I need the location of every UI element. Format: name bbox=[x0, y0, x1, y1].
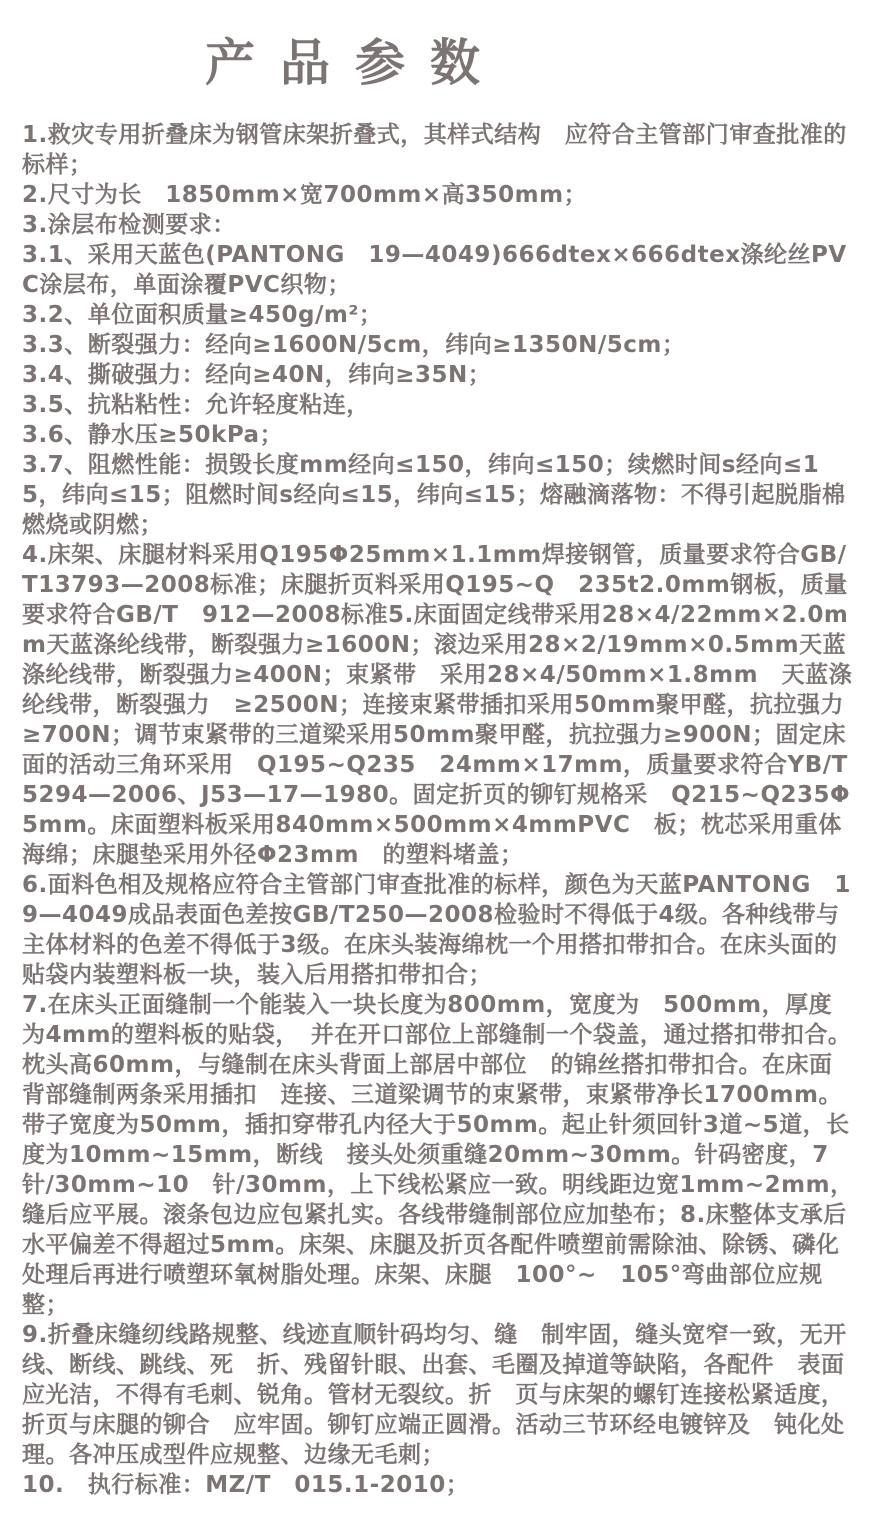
product-parameters-document: 产品参数 1.救灾专用折叠床为钢管床架折叠式，其样式结构 应符合主管部门审查批准… bbox=[0, 0, 876, 1530]
spec-list: 1.救灾专用折叠床为钢管床架折叠式，其样式结构 应符合主管部门审查批准的标样； … bbox=[22, 120, 854, 1500]
spec-item-3-2: 3.2、单位面积质量≥450g/m²； bbox=[22, 300, 854, 330]
spec-item-4-5: 4.床架、床腿材料采用Q195Φ25mm×1.1mm焊接钢管，质量要求符合GB/… bbox=[22, 540, 854, 870]
spec-item-3-5: 3.5、抗粘粘性：允许轻度粘连， bbox=[22, 390, 854, 420]
spec-item-7-8: 7.在床头正面缝制一个能装入一块长度为800mm，宽度为 500mm，厚度为4m… bbox=[22, 990, 854, 1320]
spec-item-9: 9.折叠床缝纫线路规整、线迹直顺针码均匀、缝 制牢固，缝头宽窄一致，无开线、断线… bbox=[22, 1320, 854, 1470]
page-title: 产品参数 bbox=[22, 32, 688, 94]
spec-item-3: 3.涂层布检测要求： bbox=[22, 210, 854, 240]
spec-item-6: 6.面料色相及规格应符合主管部门审查批准的标样，颜色为天蓝PANTONG 19—… bbox=[22, 870, 854, 990]
spec-item-10: 10. 执行标准：MZ/T 015.1-2010； bbox=[22, 1470, 854, 1500]
spec-item-1: 1.救灾专用折叠床为钢管床架折叠式，其样式结构 应符合主管部门审查批准的标样； bbox=[22, 120, 854, 180]
spec-item-3-4: 3.4、撕破强力：经向≥40N，纬向≥35N； bbox=[22, 360, 854, 390]
spec-item-3-7: 3.7、阻燃性能：损毁长度mm经向≤150，纬向≤150；续燃时间s经向≤15，… bbox=[22, 450, 854, 540]
spec-item-3-6: 3.6、静水压≥50kPa； bbox=[22, 420, 854, 450]
spec-item-2: 2.尺寸为长 1850mm×宽700mm×高350mm； bbox=[22, 180, 854, 210]
spec-item-3-1: 3.1、采用天蓝色(PANTONG 19—4049)666dtex×666dte… bbox=[22, 240, 854, 300]
spec-item-3-3: 3.3、断裂强力：经向≥1600N/5cm，纬向≥1350N/5cm； bbox=[22, 330, 854, 360]
